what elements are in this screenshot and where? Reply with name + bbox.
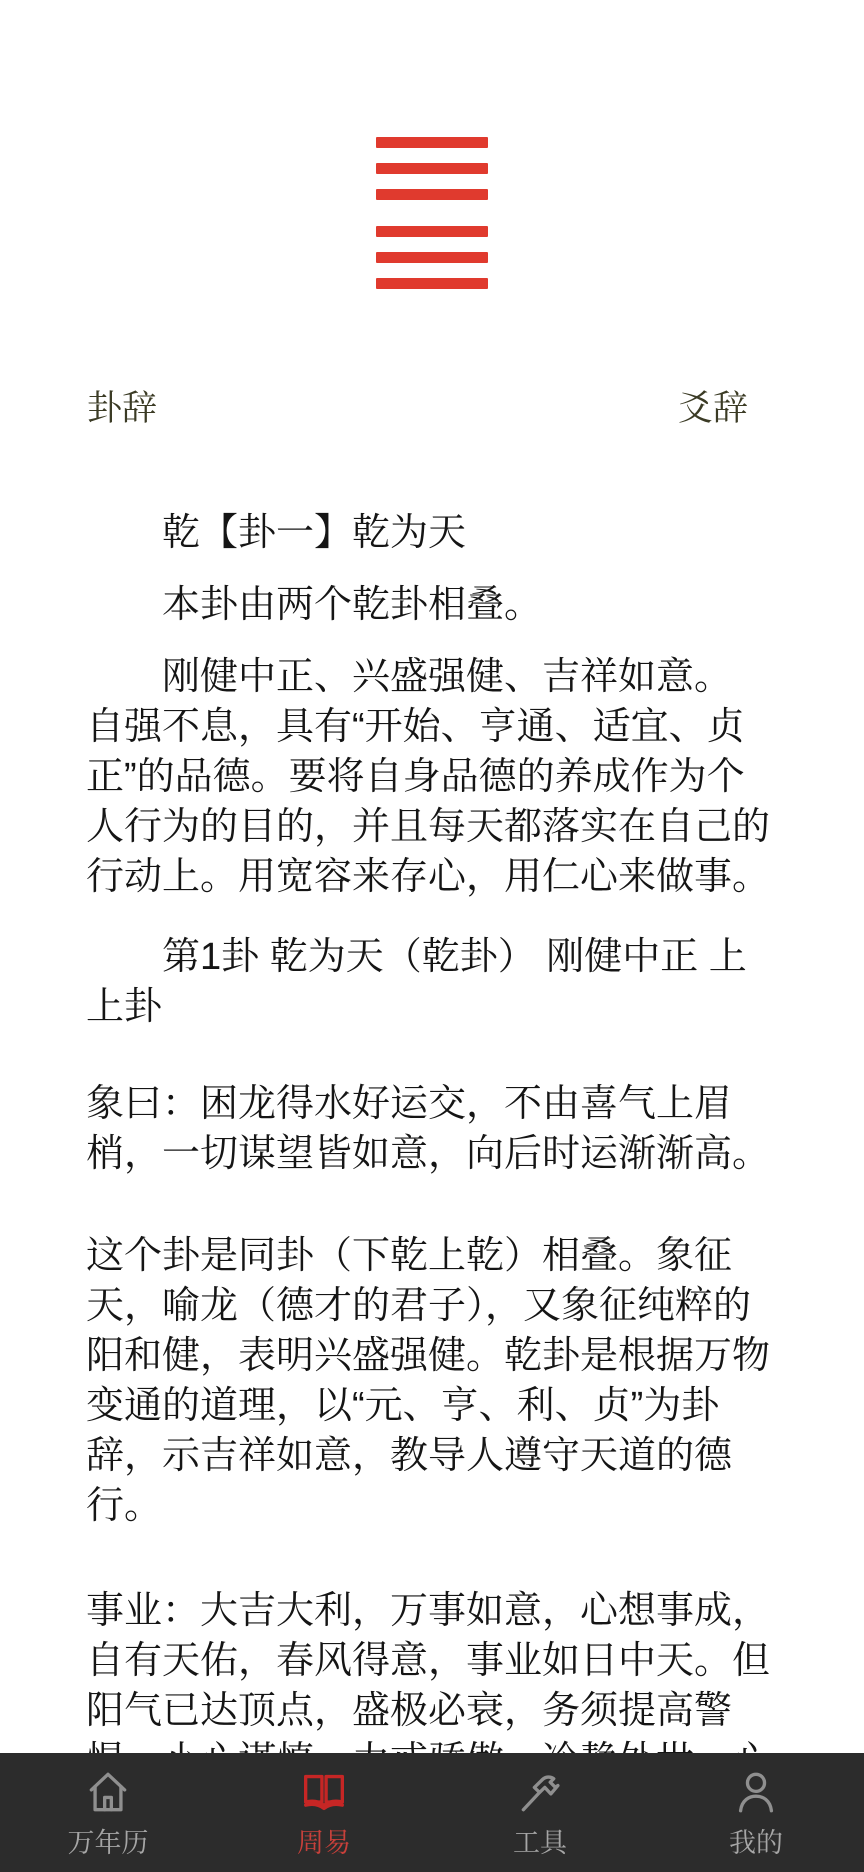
tab-zhouyi-label: 周易 — [297, 1821, 351, 1860]
bottom-tab-bar: 万年历 周易 工具 我的 — [0, 1753, 864, 1872]
text-line: 乾【卦一】乾为天 — [86, 508, 778, 558]
text-line: 阳气已达顶点，盛极必衰，务须提高警 — [86, 1686, 778, 1736]
hexagram-line-solid — [376, 252, 488, 263]
hexagram-line-solid — [376, 189, 488, 200]
paragraph: 乾【卦一】乾为天 — [86, 508, 778, 558]
book-icon — [299, 1767, 349, 1817]
text-line: 第1卦 乾为天（乾卦） 刚健中正 上 — [86, 932, 778, 982]
text-line: 本卦由两个乾卦相叠。 — [86, 580, 778, 630]
hexagram-qian-figure — [376, 137, 488, 289]
text-line: 辞，示吉祥如意，教导人遵守天道的德 — [86, 1431, 778, 1481]
text-line: 自有天佑，春风得意，事业如日中天。但 — [86, 1636, 778, 1686]
home-icon — [83, 1767, 133, 1817]
tab-mine-label: 我的 — [729, 1821, 783, 1860]
tab-calendar[interactable]: 万年历 — [0, 1753, 216, 1872]
app-screen: 卦辞 爻辞 乾【卦一】乾为天本卦由两个乾卦相叠。刚健中正、兴盛强健、吉祥如意。自… — [0, 0, 864, 1872]
tab-tools[interactable]: 工具 — [432, 1753, 648, 1872]
text-line: 正”的品德。要将自身品德的养成作为个 — [86, 752, 778, 802]
tab-tools-label: 工具 — [513, 1821, 567, 1860]
text-line: 刚健中正、兴盛强健、吉祥如意。 — [86, 652, 778, 702]
text-line: 行。 — [86, 1481, 778, 1531]
hexagram-line-solid — [376, 163, 488, 174]
tab-mine[interactable]: 我的 — [648, 1753, 864, 1872]
text-line: 象曰：困龙得水好运交，不由喜气上眉 — [86, 1079, 778, 1129]
text-line: 上卦 — [86, 982, 778, 1032]
paragraph: 第1卦 乾为天（乾卦） 刚健中正 上上卦 — [86, 932, 778, 1032]
tab-guaci[interactable]: 卦辞 — [87, 387, 157, 431]
tab-row: 卦辞 爻辞 — [0, 387, 864, 431]
hexagram-line-solid — [376, 278, 488, 289]
text-line: 这个卦是同卦（下乾上乾）相叠。象征 — [86, 1231, 778, 1281]
paragraph: 刚健中正、兴盛强健、吉祥如意。自强不息，具有“开始、亨通、适宜、贞正”的品德。要… — [86, 652, 778, 902]
text-line: 自强不息，具有“开始、亨通、适宜、贞 — [86, 702, 778, 752]
paragraph: 这个卦是同卦（下乾上乾）相叠。象征天，喻龙（德才的君子），又象征纯粹的阳和健，表… — [86, 1231, 778, 1531]
tab-yaoci[interactable]: 爻辞 — [678, 387, 748, 431]
paragraph: 象曰：困龙得水好运交，不由喜气上眉梢，一切谋望皆如意，向后时运渐渐高。 — [86, 1079, 778, 1179]
tab-zhouyi[interactable]: 周易 — [216, 1753, 432, 1872]
paragraph: 本卦由两个乾卦相叠。 — [86, 580, 778, 630]
person-icon — [731, 1767, 781, 1817]
text-line: 梢，一切谋望皆如意，向后时运渐渐高。 — [86, 1129, 778, 1179]
text-line: 事业：大吉大利，万事如意，心想事成， — [86, 1586, 778, 1636]
hammer-icon — [515, 1767, 565, 1817]
text-line: 变通的道理，以“元、亨、利、贞”为卦 — [86, 1381, 778, 1431]
hexagram-line-solid — [376, 226, 488, 237]
text-line: 人行为的目的，并且每天都落实在自己的 — [86, 802, 778, 852]
text-line: 天，喻龙（德才的君子），又象征纯粹的 — [86, 1281, 778, 1331]
hexagram-line-solid — [376, 137, 488, 148]
tab-calendar-label: 万年历 — [68, 1821, 149, 1860]
text-line: 行动上。用宽容来存心，用仁心来做事。 — [86, 852, 778, 902]
text-line: 阳和健，表明兴盛强健。乾卦是根据万物 — [86, 1331, 778, 1381]
content-scroll-area[interactable]: 乾【卦一】乾为天本卦由两个乾卦相叠。刚健中正、兴盛强健、吉祥如意。自强不息，具有… — [0, 508, 864, 1786]
